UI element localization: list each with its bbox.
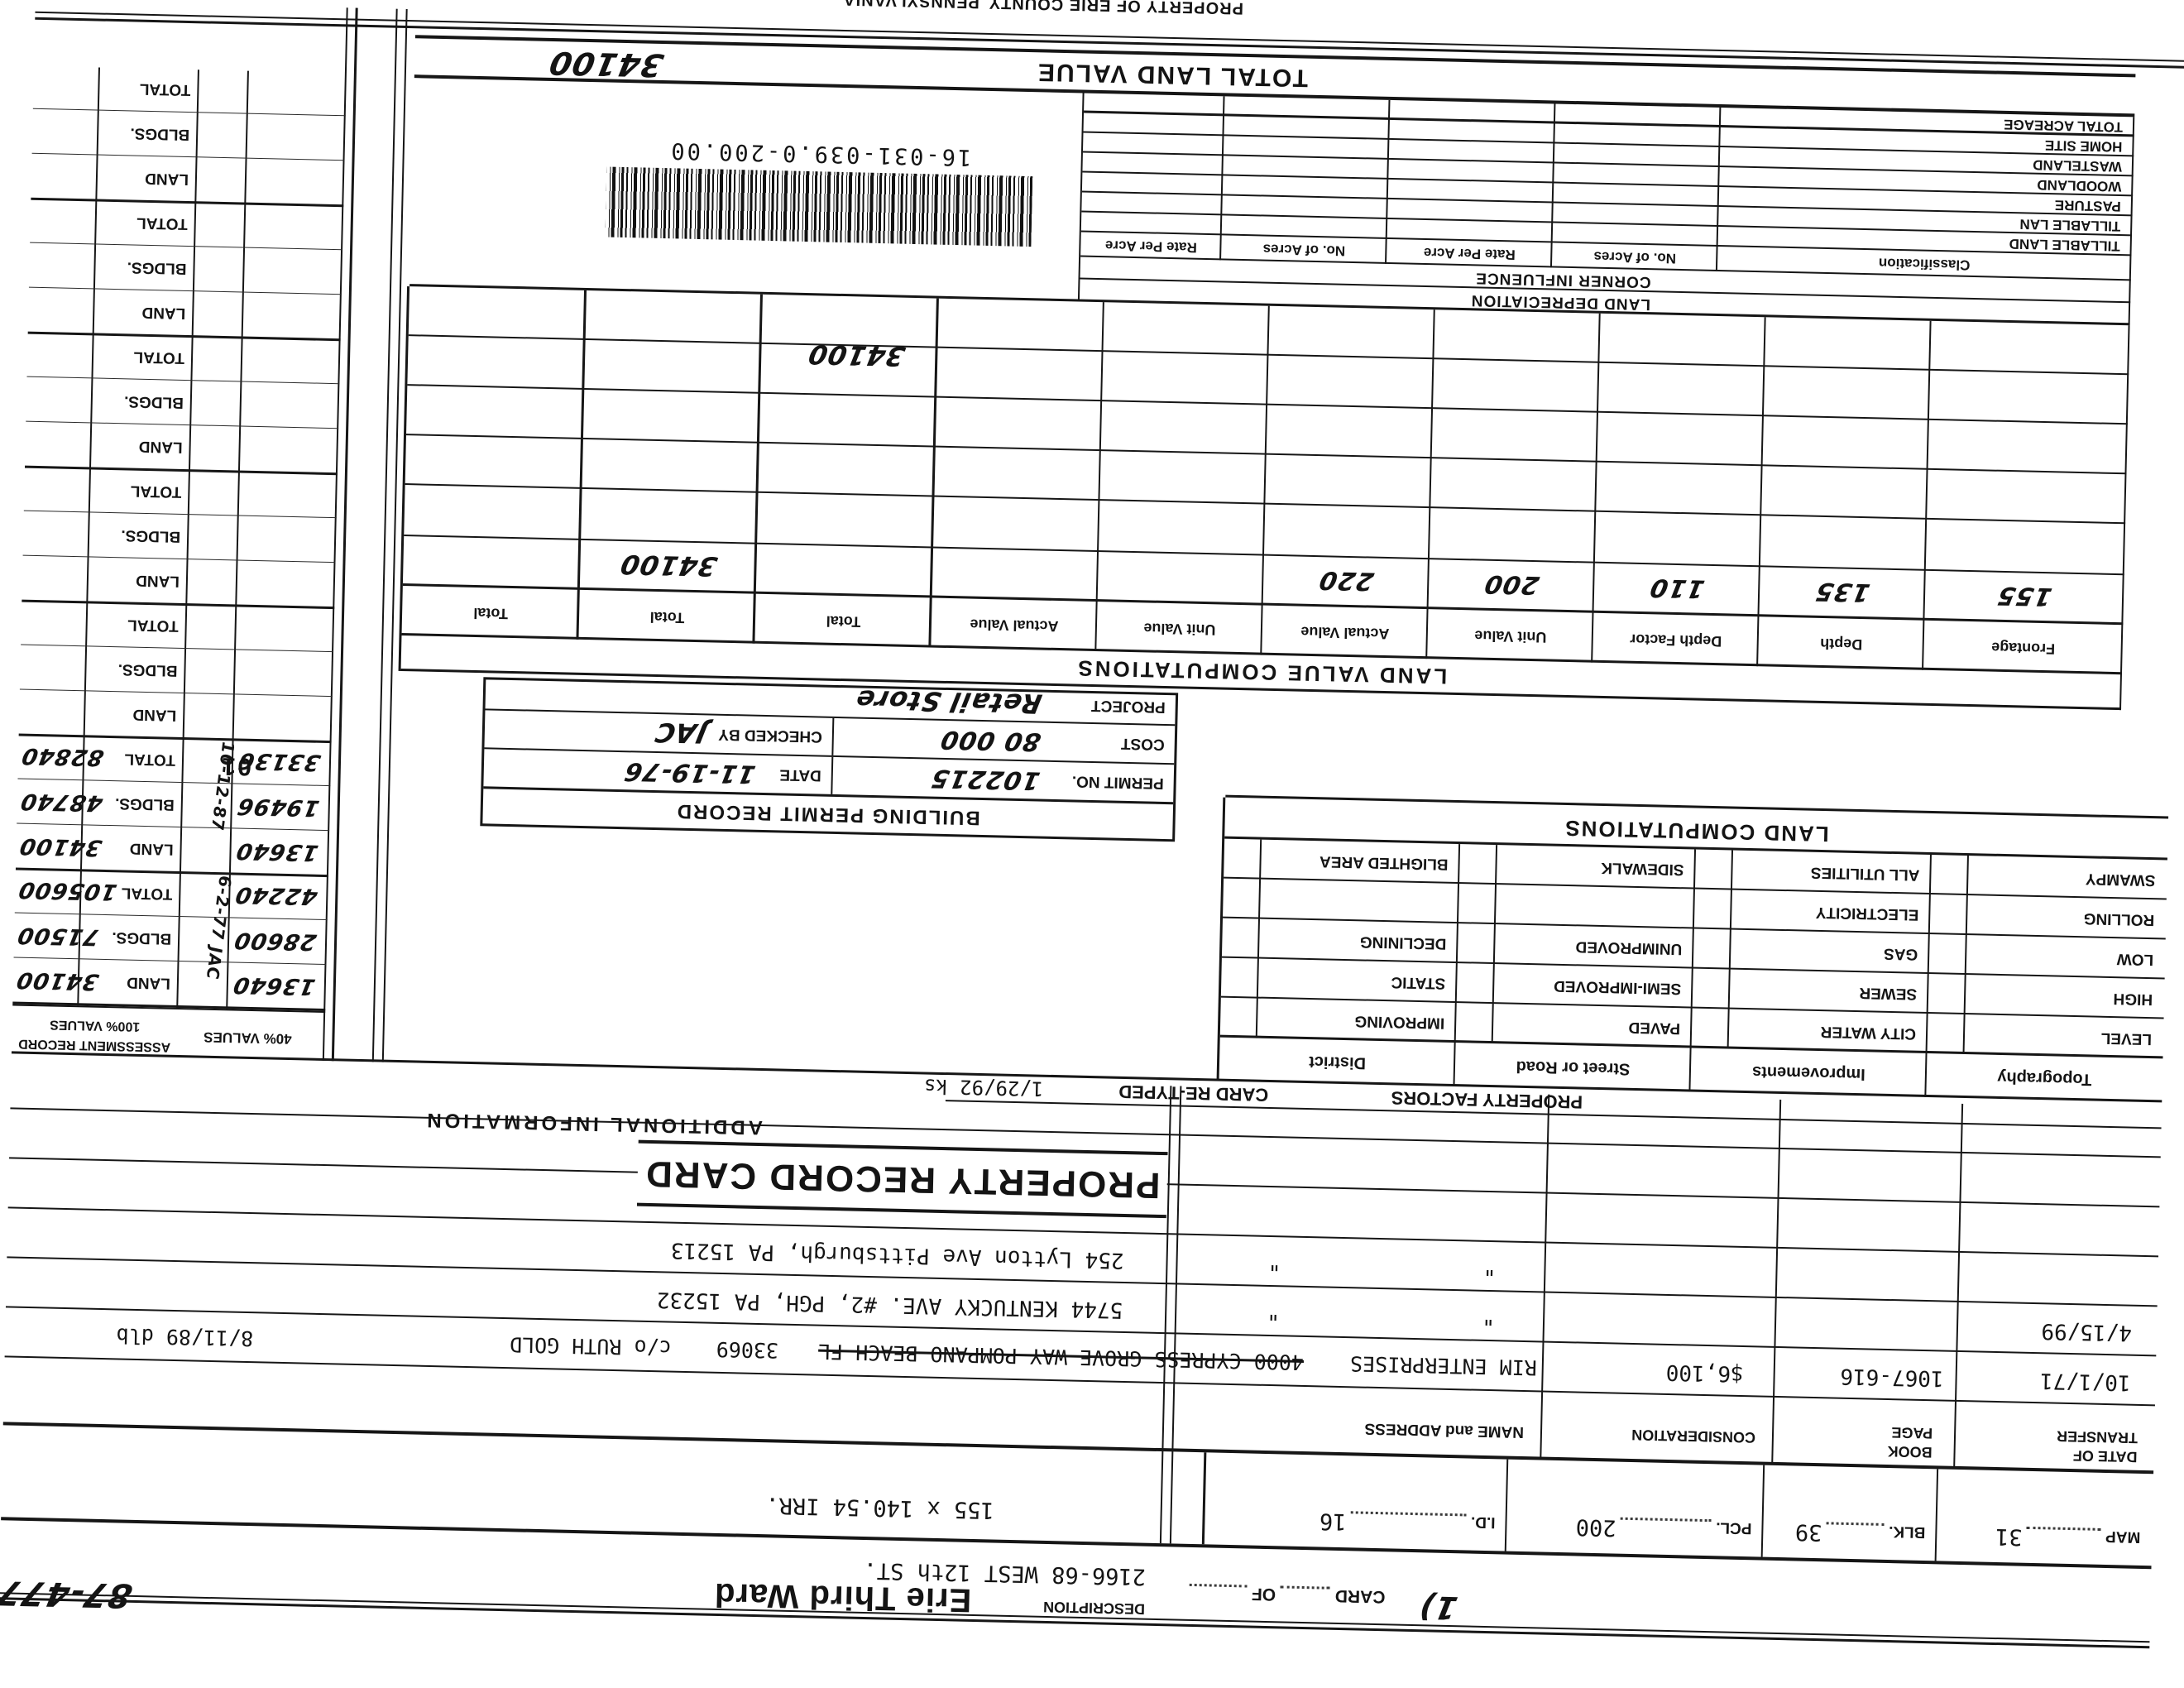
map-label: MAP (2105, 1527, 2141, 1546)
assessment-row-bldgs: BLDGS. (29, 242, 342, 295)
lvc-frontage-value: 155 (1921, 574, 2127, 618)
rule (409, 284, 2130, 325)
landcomp-sewer: SEWER (1730, 970, 1929, 1014)
value-40-land: 13640 (228, 837, 331, 866)
landcomp-city-water: CITY WATER (1729, 1009, 1928, 1053)
assessment-group: LAND BLDGS. TOTAL (25, 334, 341, 476)
scanned-property-record-card: 87-477 1) CARD OF Erie Third Ward DESCRI… (0, 0, 2184, 1688)
landcomp-all-utilities: ALL UTILITIES (1732, 851, 1932, 894)
rule (1170, 1086, 1182, 1543)
transfer-row-address: 5744 KENTUCKY AVE. #2, PGH, PA 15232 (657, 1287, 1123, 1322)
value-100-total: 105600 (12, 877, 84, 904)
spacer (684, 1341, 704, 1342)
card-of-line: CARD OF (1189, 1582, 1386, 1606)
transfer-row-address: 254 Lytton Ave Pittsburgh, PA 15213 (671, 1238, 1124, 1273)
landcomp-declining: DECLINING (1259, 919, 1458, 963)
landcomp-unimproved: UNIMPROVED (1495, 924, 1694, 968)
leader-dots (1827, 1522, 1885, 1539)
permit-date-label: DATE (755, 765, 831, 784)
landcomp-high: HIGH (1966, 975, 2165, 1019)
landcomp-blighted-area: BLIGHTED AREA (1319, 841, 1460, 884)
building-permit-box: BUILDING PERMIT RECORD PERMIT NO. 102215… (480, 677, 1178, 842)
value-40-land: 13640 (226, 971, 328, 1000)
transfer-col-consideration-header: CONSIDERATION (1631, 1426, 1755, 1446)
cost-label: COST (1041, 732, 1175, 754)
grantee-name: RIM ENTERPRISES (1350, 1351, 1537, 1379)
pcl-label: PCL. (1716, 1518, 1752, 1537)
rule (1078, 94, 1085, 302)
assessment-row-land: LAND (31, 153, 344, 205)
lvc-col-depth: Depth (1758, 618, 1924, 669)
rule (3, 1422, 2153, 1474)
struck-address: 4000 CYPRESS GROVE WAY POMPANO BEACH FL (818, 1340, 1305, 1374)
bldgs-label: BLDGS. (93, 391, 192, 412)
blk-label: BLK. (1889, 1523, 1926, 1541)
total-label: TOTAL (90, 480, 189, 501)
rule (1540, 1095, 1549, 1459)
landcomp-rolling: ROLLING (1967, 895, 2167, 939)
barcode-number: 16-031-039.0-200.00 (607, 136, 1034, 171)
property-factors-label: PROPERTY FACTORS (1391, 1086, 1583, 1112)
of-label: OF (1252, 1585, 1276, 1604)
value-40-bldgs: 28600 (227, 927, 329, 955)
rule (1385, 100, 1390, 264)
ditto-mark: " (1482, 1304, 1495, 1329)
checked-by-signature: JAC (652, 717, 710, 750)
lvc-col-actual-value-1: Actual Value (1262, 607, 1428, 658)
rule (1219, 96, 1224, 260)
ditto-mark: " (1268, 1249, 1281, 1274)
assessment-row-bldgs: 19496 BLDGS. 48740 (17, 779, 330, 831)
card-number-handwritten: 1) (1415, 1589, 1461, 1626)
assessment-row-bldgs: BLDGS. (32, 108, 346, 161)
col-40-percent-header: 40% VALUES (177, 1028, 318, 1048)
additional-information-label: ADDITIONAL INFORMATION (390, 1107, 797, 1139)
card-retyped-label: CARD RE-TYPED (1118, 1081, 1268, 1105)
project-label: PROJECT (1042, 695, 1176, 717)
assessment-row-bldgs: BLDGS. (20, 645, 333, 697)
lvc-col-depth-factor: Depth Factor (1592, 615, 1759, 665)
land-label: LAND (94, 302, 194, 323)
bldgs-label: BLDGS. (89, 525, 189, 546)
acreage-col-rate-1: Rate Per Acre (1387, 241, 1553, 266)
ditto-mark: " (1483, 1254, 1497, 1279)
landcomp-col-topography: Topography (1926, 1053, 2162, 1102)
lvc-unit-value: 200 (1425, 563, 1597, 606)
total-label: TOTAL (99, 79, 199, 99)
value-40-total: 42240 (227, 882, 330, 910)
checked-by-label: CHECKED BY (706, 725, 832, 746)
lvc-depth-value: 135 (1755, 570, 1928, 613)
landcomp-static: STATIC (1258, 959, 1458, 1003)
rule (1771, 1100, 1781, 1464)
value-100-bldgs: 71500 (12, 923, 83, 950)
assessment-row-land: 13640 LAND 34100 (16, 823, 329, 875)
id-value: 16 (1319, 1508, 1347, 1534)
care-of: c/o RUTH GOLD (510, 1332, 672, 1360)
barcode (605, 166, 1032, 247)
transfer-row-date: 10/1/71 (2040, 1368, 2131, 1394)
cost-value: 80 000 (831, 722, 1043, 756)
landcomp-electricity: ELECTRICITY (1731, 890, 1931, 934)
assessment-group: LAND BLDGS. TOTAL (28, 200, 344, 342)
assessment-row-total: TOTAL (33, 64, 347, 116)
transfer-row-name-address: RIM ENTERPRISES 4000 CYPRESS GROVE WAY P… (510, 1332, 1537, 1379)
value-100-land: 34100 (14, 833, 85, 861)
land-label: LAND (98, 168, 197, 189)
assessment-row-bldgs: 28600 BLDGS. 71500 (14, 912, 328, 964)
id-label: I.D. (1471, 1513, 1496, 1532)
rule (1935, 1469, 1939, 1561)
total-label: TOTAL (87, 614, 186, 635)
assessment-group: 10-12-87 01 13640 LAND 34100 19496 BLDGS… (16, 736, 332, 878)
transfer-col-book-header: BOOK PAGE (1849, 1422, 1933, 1461)
leader-dots (1351, 1511, 1467, 1529)
lvc-col-unit-value-1: Unit Value (1427, 611, 1593, 661)
landcomp-low: LOW (1966, 935, 2166, 979)
building-permit-title: BUILDING PERMIT RECORD (675, 799, 980, 829)
permit-no-label: PERMIT NO. (1039, 771, 1173, 793)
rule (1550, 103, 1555, 267)
total-label: TOTAL (93, 346, 193, 367)
landcomp-col-district: District (1219, 1038, 1456, 1086)
assessment-row-bldgs: BLDGS. (26, 376, 339, 429)
lvc-col-unit-value-2: Unit Value (1096, 603, 1262, 654)
total-label: TOTAL (97, 213, 196, 233)
acreage-col-acres-2: No. of Acres (1221, 237, 1387, 262)
project-value: Retail Store (853, 684, 1045, 720)
retyped-date: 1/29/92 ks (923, 1074, 1043, 1100)
acreage-col-rate-2: Rate Per Acre (1080, 234, 1222, 259)
map-value: 31 (1995, 1523, 2023, 1550)
lvc-col-total-2: Total (578, 592, 755, 642)
permit-date-cell: DATE 11-19-76 (483, 749, 833, 794)
map-cell: MAP 31 (1995, 1523, 2141, 1552)
bldgs-label: BLDGS. (98, 123, 198, 144)
rule (2119, 325, 2130, 710)
transfer-row-book: 1067-616 (1840, 1364, 1944, 1391)
value-100-total: 82840 (16, 743, 87, 770)
checked-by-cell: CHECKED BY JAC (484, 710, 834, 755)
assessment-group: LAND BLDGS. TOTAL (19, 602, 335, 744)
land-label: LAND (85, 704, 184, 725)
spacer (1316, 1355, 1338, 1356)
assessment-row-land: LAND (28, 287, 342, 339)
lvc-total-value: 34100 (577, 544, 760, 587)
value-40-bldgs: 19496 (230, 793, 333, 821)
assessment-group: LAND BLDGS. TOTAL (31, 66, 347, 208)
transfer-col-date-header: DATE OF TRANSFER (1988, 1426, 2138, 1466)
rule (1505, 1460, 1509, 1551)
assessment-group: LAND BLDGS. TOTAL (22, 468, 338, 610)
transfer-row-consideration: $6,100 (1665, 1360, 1744, 1386)
ditto-mark: " (1267, 1299, 1280, 1324)
col-100-percent-header: 100% VALUES (12, 1015, 178, 1034)
land-label: LAND (91, 436, 190, 457)
landcomp-swampy: SWAMPY (1968, 856, 2167, 899)
landcomp-col-street: Street or Road (1454, 1043, 1691, 1091)
leader-dots (1621, 1517, 1712, 1534)
landcomp-improving: IMPROVING (1257, 999, 1457, 1043)
rule (1953, 1104, 1963, 1468)
total-land-value-handwritten: 34100 (546, 45, 667, 84)
permit-date-value: 11-19-76 (621, 756, 758, 788)
assessment-row-bldgs: BLDGS. (23, 511, 337, 563)
zip-code: 33069 (716, 1337, 778, 1363)
transfer-row-note: 8/11/89 dlb (116, 1323, 253, 1350)
assessment-group: 6-2-77 JAC 13640 LAND 34100 28600 BLDGS.… (12, 870, 328, 1011)
rule (1761, 1465, 1765, 1557)
lvc-col-total-1: Total (754, 596, 932, 646)
landcomp-sidewalk: SIDEWALK (1497, 845, 1696, 889)
assessment-row-land: LAND (25, 421, 338, 473)
lvc-depth-factor-value: 110 (1590, 567, 1763, 610)
card-title: PROPERTY RECORD CARD (644, 1153, 1161, 1206)
id-cell: I.D. 16 (1319, 1508, 1496, 1537)
card-title-box: PROPERTY RECORD CARD (637, 1140, 1168, 1218)
assessment-row-land: LAND (22, 555, 335, 607)
property-of-erie-county-label: PROPERTY OF ERIE COUNTY, PENNSYLVANIA (842, 0, 1243, 17)
rule (1202, 1452, 1207, 1544)
bldgs-label: BLDGS. (95, 257, 194, 278)
value-100-bldgs: 48740 (15, 789, 86, 816)
leader-dots (1281, 1585, 1330, 1602)
blk-cell: BLK. 39 (1795, 1519, 1926, 1548)
lvc-col-total-3: Total (402, 587, 580, 638)
landcomp-gas: GAS (1731, 930, 1930, 974)
lvc-col-frontage: Frontage (1923, 622, 2123, 673)
acreage-col-acres-1: No. of Acres (1552, 244, 1718, 270)
leader-dots (1189, 1584, 1247, 1601)
card-label: CARD (1335, 1586, 1386, 1606)
transfer-row-date: 4/15/99 (2041, 1318, 2132, 1345)
leader-dots (2027, 1526, 2101, 1543)
land-label: LAND (89, 570, 188, 591)
landcomp-semi-improved: SEMI-IMPROVED (1552, 966, 1693, 1009)
total-land-value-label: TOTAL LAND VALUE (1037, 57, 1309, 91)
value-40-total: 33136 (231, 748, 333, 776)
transfer-col-name-header: NAME and ADDRESS (1364, 1419, 1524, 1441)
pcl-cell: PCL. 200 (1575, 1513, 1751, 1543)
landcomp-col-improvements: Improvements (1690, 1048, 1927, 1097)
lvc-col-actual-value-2: Actual Value (931, 600, 1097, 650)
bldgs-label: BLDGS. (86, 659, 185, 680)
parcel-dimensions: 155 x 140.54 IRR. (765, 1492, 994, 1523)
landcomp-level: LEVEL (1965, 1014, 2164, 1058)
description-label: DESCRIPTION (1043, 1598, 1145, 1618)
assessment-row-land: 13640 LAND 34100 (12, 957, 326, 1009)
lvc-actual-value: 220 (1260, 559, 1433, 602)
pcl-value: 200 (1575, 1513, 1616, 1540)
value-100-land: 34100 (11, 967, 82, 995)
permit-no-value: 102215 (830, 761, 1042, 795)
landcomp-paved: PAVED (1493, 1004, 1693, 1048)
blk-value: 39 (1795, 1519, 1822, 1546)
assessment-row-land: LAND (19, 689, 333, 741)
